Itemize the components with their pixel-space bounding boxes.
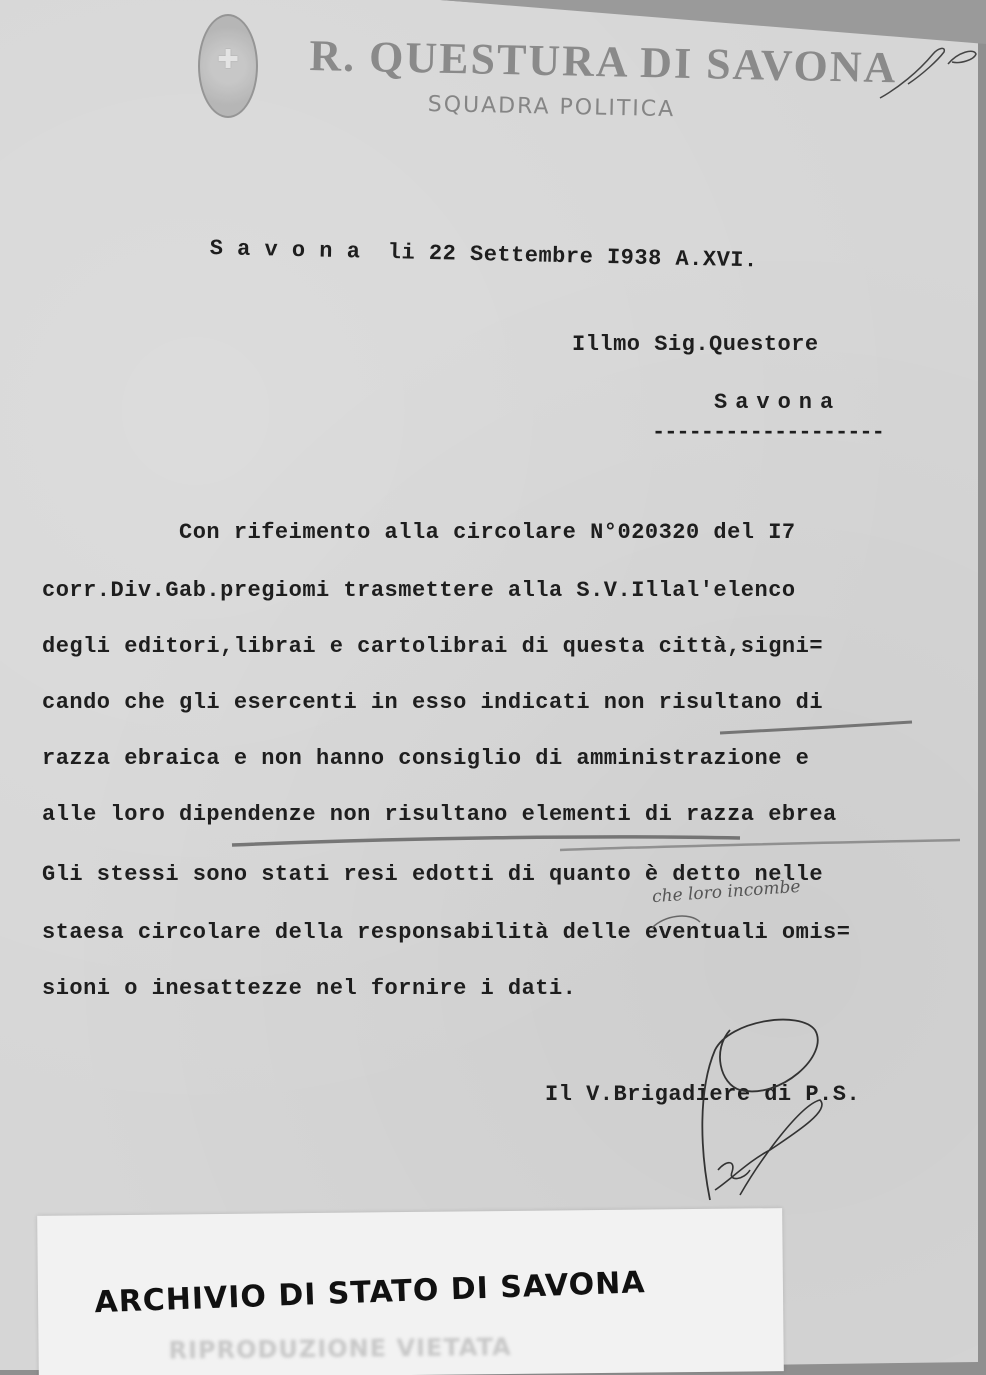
letterhead-subtitle: SQUADRA POLITICA — [427, 92, 675, 122]
body-line: cando che gli esercenti in esso indicati… — [42, 690, 823, 715]
archive-label: ARCHIVIO DI STATO DI SAVONA RIPRODUZIONE… — [37, 1208, 784, 1375]
body-line: razza ebraica e non hanno consiglio di a… — [42, 746, 809, 771]
body-line: sioni o inesattezze nel fornire i dati. — [42, 976, 576, 1001]
recipient-title: Illmo Sig.Questore — [572, 332, 819, 357]
cross-icon: ✚ — [217, 45, 239, 75]
body-line: corr.Div.Gab.pregiomi trasmettere alla S… — [42, 578, 796, 603]
recipient-rule: ------------------- — [652, 420, 884, 445]
savoy-cross-emblem-icon: ✚ — [198, 14, 258, 118]
body-line: staesa circolare della responsabilità de… — [42, 920, 850, 945]
recipient-city: Savona — [714, 390, 841, 415]
archive-label-title: ARCHIVIO DI STATO DI SAVONA — [94, 1265, 646, 1320]
signature-icon — [690, 1010, 840, 1210]
body-line: degli editori,librai e cartolibrai di qu… — [42, 634, 823, 659]
body-line: Con rifeimento alla circolare N°020320 d… — [42, 520, 796, 545]
archive-label-subtitle: RIPRODUZIONE VIETATA — [168, 1333, 511, 1365]
body-line: alle loro dipendenze non risultano eleme… — [42, 802, 837, 827]
handwritten-mark-icon — [878, 42, 978, 102]
